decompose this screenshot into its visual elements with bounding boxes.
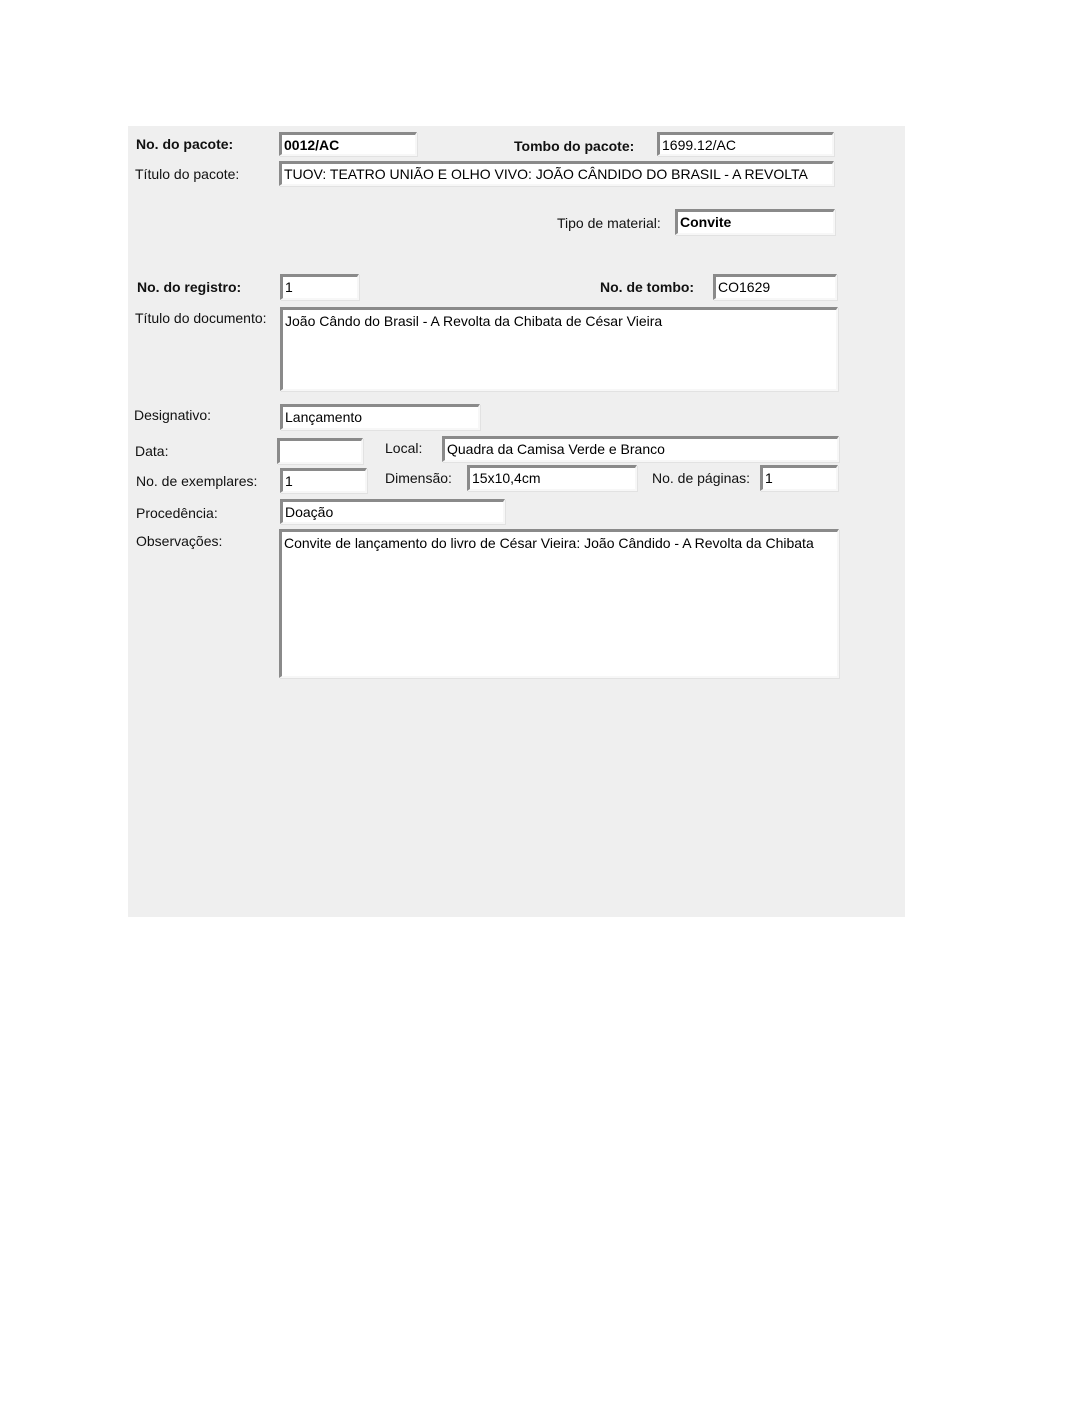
material-type-label: Tipo de material: [557, 215, 661, 231]
copies-field[interactable]: 1 [280, 468, 367, 493]
location-label: Local: [385, 440, 422, 456]
provenance-label: Procedência: [136, 505, 218, 521]
pages-field[interactable]: 1 [760, 465, 838, 491]
pages-label: No. de páginas: [652, 470, 750, 486]
copies-label: No. de exemplares: [136, 473, 257, 489]
date-label: Data: [135, 443, 168, 459]
package-title-field[interactable]: TUOV: TEATRO UNIÃO E OLHO VIVO: JOÃO CÂN… [279, 161, 834, 186]
package-title-label: Título do pacote: [135, 166, 239, 182]
package-number-field[interactable]: 0012/AC [279, 132, 417, 156]
notes-label: Observações: [136, 533, 222, 549]
designativo-field[interactable]: Lançamento [280, 404, 480, 430]
record-form-panel [128, 126, 905, 917]
package-tombo-label: Tombo do pacote: [514, 138, 634, 154]
designativo-label: Designativo: [134, 407, 211, 423]
date-field[interactable] [277, 438, 363, 464]
notes-field[interactable]: Convite de lançamento do livro de César … [279, 529, 839, 678]
location-field[interactable]: Quadra da Camisa Verde e Branco [442, 436, 839, 462]
register-number-label: No. do registro: [137, 279, 241, 295]
package-number-label: No. do pacote: [136, 136, 233, 152]
tombo-number-field[interactable]: CO1629 [713, 274, 837, 300]
material-type-field[interactable]: Convite [675, 209, 835, 235]
provenance-field[interactable]: Doação [280, 499, 505, 524]
document-title-field[interactable]: João Cândo do Brasil - A Revolta da Chib… [280, 307, 838, 391]
register-number-field[interactable]: 1 [280, 274, 359, 300]
document-title-label: Título do documento: [135, 310, 267, 326]
tombo-number-label: No. de tombo: [600, 279, 694, 295]
package-tombo-field[interactable]: 1699.12/AC [657, 132, 834, 156]
dimension-label: Dimensão: [385, 470, 452, 486]
dimension-field[interactable]: 15x10,4cm [467, 465, 637, 491]
